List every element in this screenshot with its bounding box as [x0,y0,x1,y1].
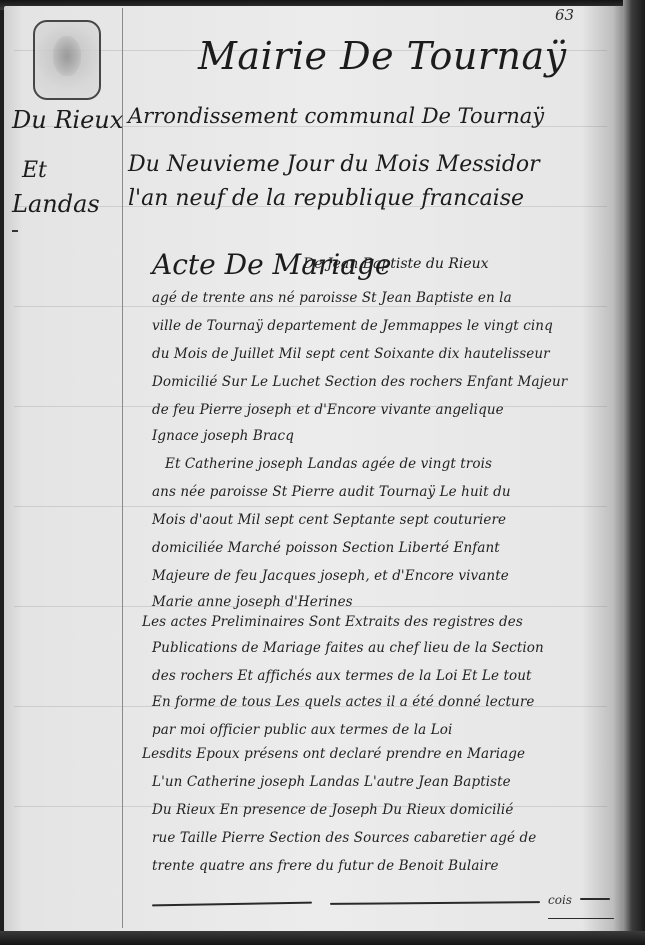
margin-conjunction: Et [22,158,47,183]
text-line: des rochers Et affichés aux termes de la… [152,668,532,684]
text-line: trente quatre ans frere du futur de Beno… [152,858,499,874]
text-line: domiciliée Marché poisson Section Libert… [152,540,500,556]
text-line: de feu Pierre joseph et d'Encore vivante… [152,402,504,418]
text-line: du Mois de Juillet Mil sept cent Soixant… [152,346,550,362]
text-line: Mois d'aout Mil sept cent Septante sept … [152,512,506,528]
margin-groom-name: Du Rieux [12,106,123,134]
ruled-line [14,306,607,307]
text-line: Lesdits Epoux présens ont declaré prendr… [142,746,525,762]
act-heading-rest: De Jean Baptiste du Rieux [303,256,489,272]
text-line: Domicilié Sur Le Luchet Section des roch… [152,374,567,390]
text-line: En forme de tous Les quels actes il a ét… [152,694,535,710]
scan-right-edge [623,0,645,945]
date-line-2: l'an neuf de la republique francaise [128,186,524,211]
arrondissement-line: Arrondissement communal De Tournaÿ [128,104,544,128]
seal-stamp-icon [33,20,101,100]
text-line: Majeure de feu Jacques joseph, et d'Enco… [152,568,509,584]
text-line: ville de Tournaÿ departement de Jemmappe… [152,318,553,334]
scan-bottom-edge [0,931,645,945]
text-line: agé de trente ans né paroisse St Jean Ba… [152,290,512,306]
trailing-note: cois [548,893,572,907]
text-line: par moi officier public aux termes de la… [152,722,452,738]
text-line: L'un Catherine joseph Landas L'autre Jea… [152,774,511,790]
text-line: ans née paroisse St Pierre audit Tournaÿ… [152,484,511,500]
date-line-1: Du Neuvieme Jour du Mois Messidor [128,152,540,177]
text-line: Publications de Mariage faites au chef l… [152,640,544,656]
ruled-line [14,506,607,507]
stamp-figure [53,36,81,76]
folio-number: 63 [555,6,574,24]
closing-flourish [580,898,610,900]
margin-dash [12,230,18,232]
margin-bride-name: Landas [12,190,100,218]
text-line: Et Catherine joseph Landas agée de vingt… [165,456,492,472]
text-line: Marie anne joseph d'Herines [152,594,353,610]
closing-flourish [548,918,614,919]
text-line: Les actes Preliminaires Sont Extraits de… [142,614,523,630]
text-line: rue Taille Pierre Section des Sources ca… [152,830,536,846]
text-line: Ignace joseph Bracq [152,428,294,444]
mairie-title: Mairie De Tournaÿ [198,34,567,78]
margin-line [122,8,123,928]
text-line: Du Rieux En presence de Joseph Du Rieux … [152,802,513,818]
